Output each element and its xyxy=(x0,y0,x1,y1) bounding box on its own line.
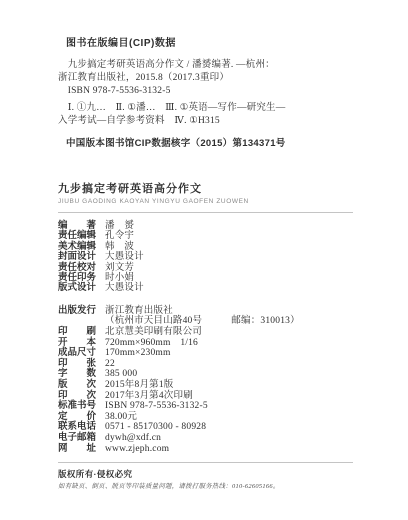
cip-line: ISBN 978-7-5536-3132-5 xyxy=(58,85,353,98)
publishing-row: 版 次 2015年8月第1版 xyxy=(58,380,353,391)
credit-value: 刘文芳 xyxy=(105,263,134,273)
publishing-value-text: 22 xyxy=(105,359,115,369)
publishing-value-text: 浙江教育出版社 xyxy=(105,306,173,316)
publishing-value: www.zjeph.com xyxy=(105,444,169,455)
publishing-value-text: 38.00元 xyxy=(105,412,137,422)
publishing-value-text: dywh@xdf.cn xyxy=(105,433,161,443)
publishing-value-text: 2017年3月第4次印刷 xyxy=(105,391,193,401)
credit-value: 潘 赟 xyxy=(105,221,134,231)
credit-row: 美术编辑 韩 波 xyxy=(58,242,353,252)
cip-classification: Ⅰ. ①九… Ⅱ. ①潘… Ⅲ. ①英语—写作—研究生—入学考试—自学参考资料 … xyxy=(58,102,353,128)
cip-bibliography: 九步搞定考研英语高分作文 / 潘赟编著. —杭州：浙江教育出版社，2015.8（… xyxy=(58,59,353,98)
publishing-row: 印 次 2017年3月第4次印刷 xyxy=(58,391,353,402)
credit-value: 大愚设计 xyxy=(105,283,144,293)
divider-bottom xyxy=(58,462,353,463)
publishing-row: 标准书号 ISBN 978-7-5536-3132-5 xyxy=(58,401,353,412)
book-title-pinyin: JIUBU GAODING KAOYAN YINGYU GAOFEN ZUOWE… xyxy=(58,198,353,206)
publishing-value: 720mm×960mm 1/16 xyxy=(105,338,198,349)
publishing-value: 22 xyxy=(105,359,115,370)
publishing-row: 联系电话 0571 - 85170300 - 80928 xyxy=(58,422,353,433)
publishing-row: 电子邮箱 dywh@xdf.cn xyxy=(58,433,353,444)
publishing-label: 出版发行 xyxy=(58,306,98,317)
publishing-row: 印 刷 北京慧美印刷有限公司 xyxy=(58,327,353,338)
publishing-label: 网 址 xyxy=(58,444,98,455)
publishing-value: 浙江教育出版社（杭州市天目山路40号 邮编：310013） xyxy=(105,306,300,327)
publishing-row: 出版发行 浙江教育出版社（杭州市天目山路40号 邮编：310013） xyxy=(58,306,353,327)
publishing-row: 印 张 22 xyxy=(58,359,353,370)
publishing-value: ISBN 978-7-5536-3132-5 xyxy=(105,401,208,412)
copyright-notice: 版权所有·侵权必究 xyxy=(58,469,353,479)
publishing-value-text: ISBN 978-7-5536-3132-5 xyxy=(105,401,208,411)
copyright-page: 图书在版编目(CIP)数据 九步搞定考研英语高分作文 / 潘赟编著. —杭州：浙… xyxy=(0,0,408,520)
divider-top xyxy=(58,212,353,213)
cip-line: 浙江教育出版社，2015.8（2017.3重印） xyxy=(58,72,353,85)
publishing-value: 38.00元 xyxy=(105,412,137,423)
publishing-label: 电子邮箱 xyxy=(58,433,98,444)
publishing-row: 网 址 www.zjeph.com xyxy=(58,444,353,455)
publishing-value: 2015年8月第1版 xyxy=(105,380,174,391)
cip-line: 九步搞定考研英语高分作文 / 潘赟编著. —杭州： xyxy=(58,59,353,72)
publishing-value-text: 170mm×230mm xyxy=(105,348,171,358)
publishing-value: 2017年3月第4次印刷 xyxy=(105,391,193,402)
cip-classification-line: Ⅰ. ①九… Ⅱ. ①潘… Ⅲ. ①英语—写作—研究生— xyxy=(58,102,353,115)
publisher-address: （杭州市天目山路40号 邮编：310013） xyxy=(105,316,300,327)
credit-row: 封面设计 大愚设计 xyxy=(58,252,353,262)
publishing-value: 北京慧美印刷有限公司 xyxy=(105,327,202,338)
publishing-value-text: 2015年8月第1版 xyxy=(105,380,174,390)
title-block: 九步搞定考研英语高分作文 JIUBU GAODING KAOYAN YINGYU… xyxy=(58,183,353,206)
publishing-value-text: 北京慧美印刷有限公司 xyxy=(105,327,202,337)
publishing-row: 开 本 720mm×960mm 1/16 xyxy=(58,338,353,349)
publishing-value-text: 0571 - 85170300 - 80928 xyxy=(105,422,206,432)
credit-row: 责任编辑 孔令宇 xyxy=(58,231,353,241)
credits-list: 编 著 潘 赟 责任编辑 孔令宇 美术编辑 韩 波 封面设计 大愚设计 责任校对… xyxy=(58,221,353,294)
publishing-list: 出版发行 浙江教育出版社（杭州市天目山路40号 邮编：310013） 印 刷 北… xyxy=(58,306,353,454)
credit-row: 版式设计 大愚设计 xyxy=(58,283,353,293)
credit-row: 责任校对 刘文芳 xyxy=(58,263,353,273)
publishing-value-text: 385 000 xyxy=(105,369,137,379)
credit-value: 时小娟 xyxy=(105,273,134,283)
publishing-value-text: www.zjeph.com xyxy=(105,444,169,454)
publishing-value: 385 000 xyxy=(105,369,137,380)
publishing-label: 版 次 xyxy=(58,380,98,391)
publishing-value: 0571 - 85170300 - 80928 xyxy=(105,422,206,433)
book-title: 九步搞定考研英语高分作文 xyxy=(58,183,353,195)
service-hotline-note: 如有缺页、倒页、脱页等印装质量问题，请拨打服务热线：010-62605166。 xyxy=(58,483,353,491)
credit-row: 编 著 潘 赟 xyxy=(58,221,353,231)
credit-label: 版式设计 xyxy=(58,283,98,293)
credit-value: 孔令宇 xyxy=(105,231,134,241)
cip-header: 图书在版编目(CIP)数据 xyxy=(66,38,353,50)
credit-row: 责任印务 时小娟 xyxy=(58,273,353,283)
cip-record-number: 中国版本图书馆CIP数据核字（2015）第134371号 xyxy=(66,138,353,150)
publishing-value: dywh@xdf.cn xyxy=(105,433,161,444)
publishing-row: 成品尺寸 170mm×230mm xyxy=(58,348,353,359)
publishing-row: 字 数 385 000 xyxy=(58,369,353,380)
cip-classification-line: 入学考试—自学参考资料 Ⅳ. ①H315 xyxy=(58,115,353,128)
publishing-row: 定 价 38.00元 xyxy=(58,412,353,423)
credit-value: 大愚设计 xyxy=(105,252,144,262)
credit-value: 韩 波 xyxy=(105,242,134,252)
publishing-value: 170mm×230mm xyxy=(105,348,171,359)
publishing-value-text: 720mm×960mm 1/16 xyxy=(105,338,198,348)
